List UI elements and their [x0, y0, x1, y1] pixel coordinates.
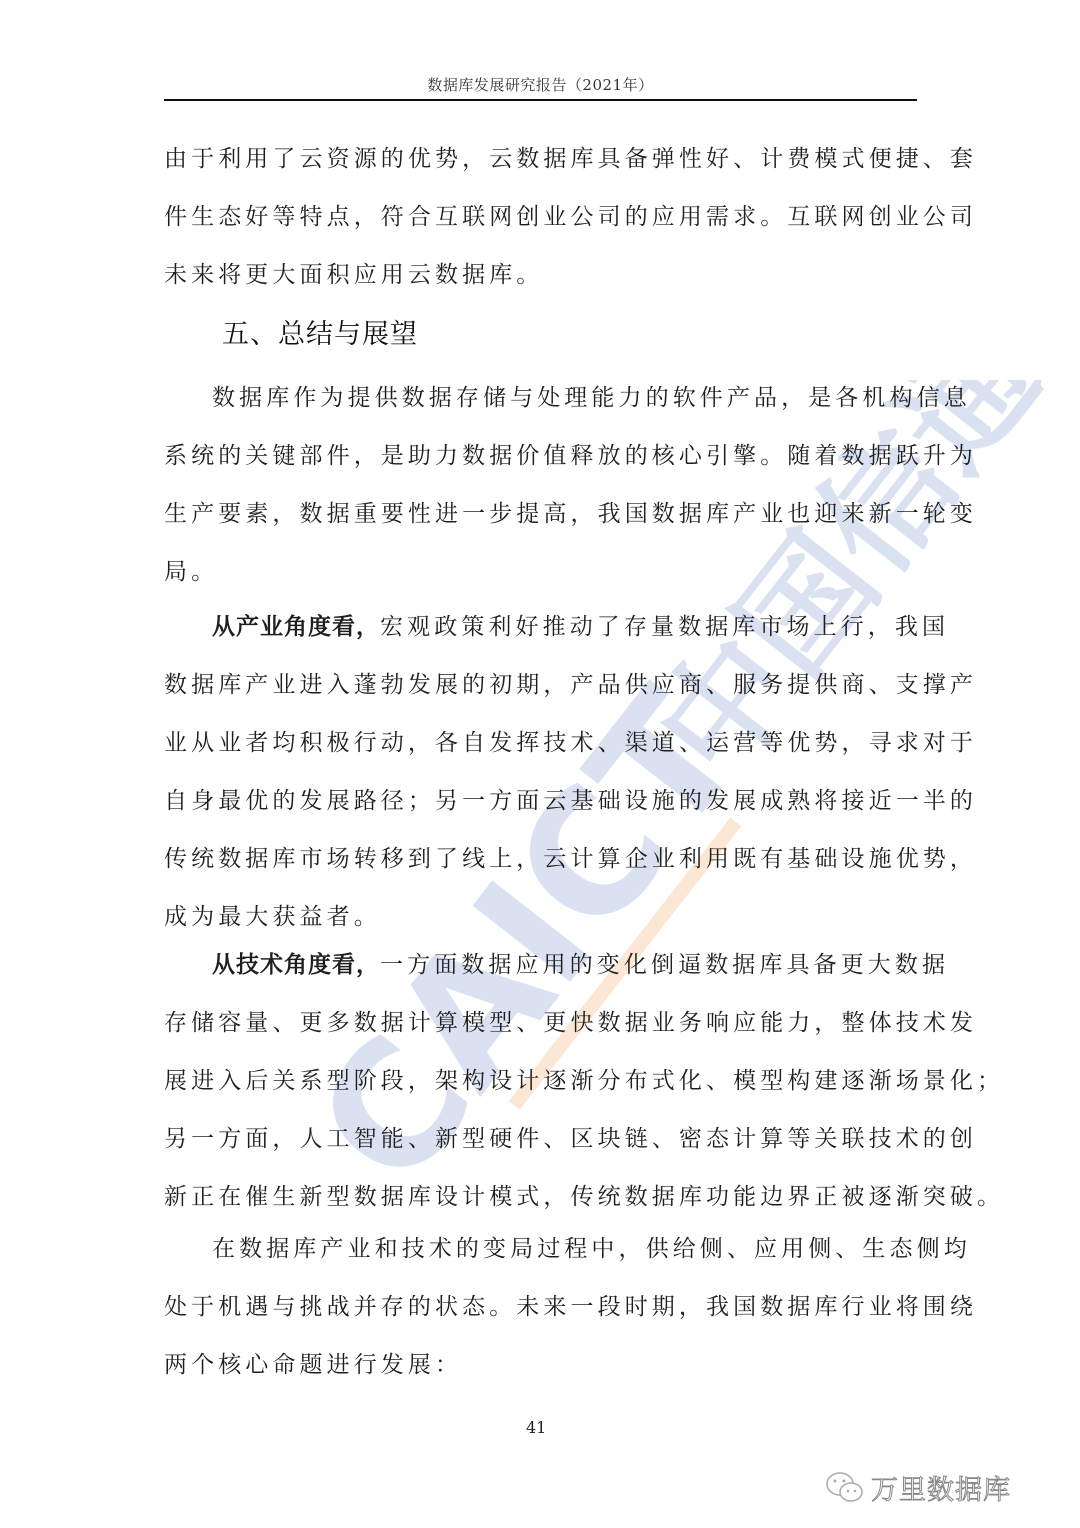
text-span: 宏观政策利好推动了存量数据库市场上行，我国 — [380, 614, 949, 640]
brand-label: 万里数据库 — [871, 1468, 1011, 1507]
paragraph-outlook: 在数据库产业和技术的变局过程中，供给侧、应用侧、生态侧均 处于机遇与挑战并存的状… — [164, 1220, 918, 1394]
text-line: 在数据库产业和技术的变局过程中，供给侧、应用侧、生态侧均 — [164, 1220, 918, 1278]
text-line: 系统的关键部件，是助力数据价值释放的核心引擎。随着数据跃升为 — [164, 427, 918, 485]
text-line: 未来将更大面积应用云数据库。 — [164, 246, 918, 304]
section-title: 五、总结与展望 — [222, 312, 418, 351]
text-line: 从产业角度看，宏观政策利好推动了存量数据库市场上行，我国 — [164, 598, 918, 656]
text-line: 业从业者均积极行动，各自发挥技术、渠道、运营等优势，寻求对于 — [164, 714, 918, 772]
text-line: 局。 — [164, 543, 918, 601]
text-line: 由于利用了云资源的优势，云数据库具备弹性好、计费模式便捷、套 — [164, 130, 918, 188]
text-span: 一方面数据应用的变化倒逼数据库具备更大数据 — [380, 952, 949, 978]
lead-phrase: 从产业角度看， — [212, 614, 380, 640]
header-divider — [164, 99, 917, 101]
lead-phrase: 从技术角度看， — [212, 952, 380, 978]
paragraph-cloud-advantages: 由于利用了云资源的优势，云数据库具备弹性好、计费模式便捷、套 件生态好等特点，符… — [164, 130, 918, 304]
text-line: 存储容量、更多数据计算模型、更快数据业务响应能力，整体技术发 — [164, 994, 918, 1052]
wechat-icon — [825, 1471, 865, 1505]
text-line: 从技术角度看，一方面数据应用的变化倒逼数据库具备更大数据 — [164, 936, 918, 994]
text-line: 处于机遇与挑战并存的状态。未来一段时期，我国数据库行业将围绕 — [164, 1278, 918, 1336]
text-line: 传统数据库市场转移到了线上，云计算企业利用既有基础设施优势， — [164, 830, 918, 888]
page-number: 41 — [526, 1418, 546, 1437]
paragraph-summary: 数据库作为提供数据存储与处理能力的软件产品，是各机构信息 系统的关键部件，是助力… — [164, 369, 918, 601]
text-line: 另一方面，人工智能、新型硬件、区块链、密态计算等关联技术的创 — [164, 1110, 918, 1168]
text-line: 生产要素，数据重要性进一步提高，我国数据库产业也迎来新一轮变 — [164, 485, 918, 543]
text-line: 新正在催生新型数据库设计模式，传统数据库功能边界正被逐渐突破。 — [164, 1168, 918, 1226]
footer-brand: 万里数据库 — [825, 1468, 1011, 1507]
paragraph-industry-view: 从产业角度看，宏观政策利好推动了存量数据库市场上行，我国 数据库产业进入蓬勃发展… — [164, 598, 918, 946]
text-line: 自身最优的发展路径；另一方面云基础设施的发展成熟将接近一半的 — [164, 772, 918, 830]
text-line: 展进入后关系型阶段，架构设计逐渐分布式化、模型构建逐渐场景化； — [164, 1052, 918, 1110]
text-line: 数据库作为提供数据存储与处理能力的软件产品，是各机构信息 — [164, 369, 918, 427]
text-line: 两个核心命题进行发展： — [164, 1336, 918, 1394]
text-line: 数据库产业进入蓬勃发展的初期，产品供应商、服务提供商、支撑产 — [164, 656, 918, 714]
paragraph-technology-view: 从技术角度看，一方面数据应用的变化倒逼数据库具备更大数据 存储容量、更多数据计算… — [164, 936, 918, 1226]
header-title: 数据库发展研究报告（2021年） — [164, 74, 917, 95]
text-line: 件生态好等特点，符合互联网创业公司的应用需求。互联网创业公司 — [164, 188, 918, 246]
